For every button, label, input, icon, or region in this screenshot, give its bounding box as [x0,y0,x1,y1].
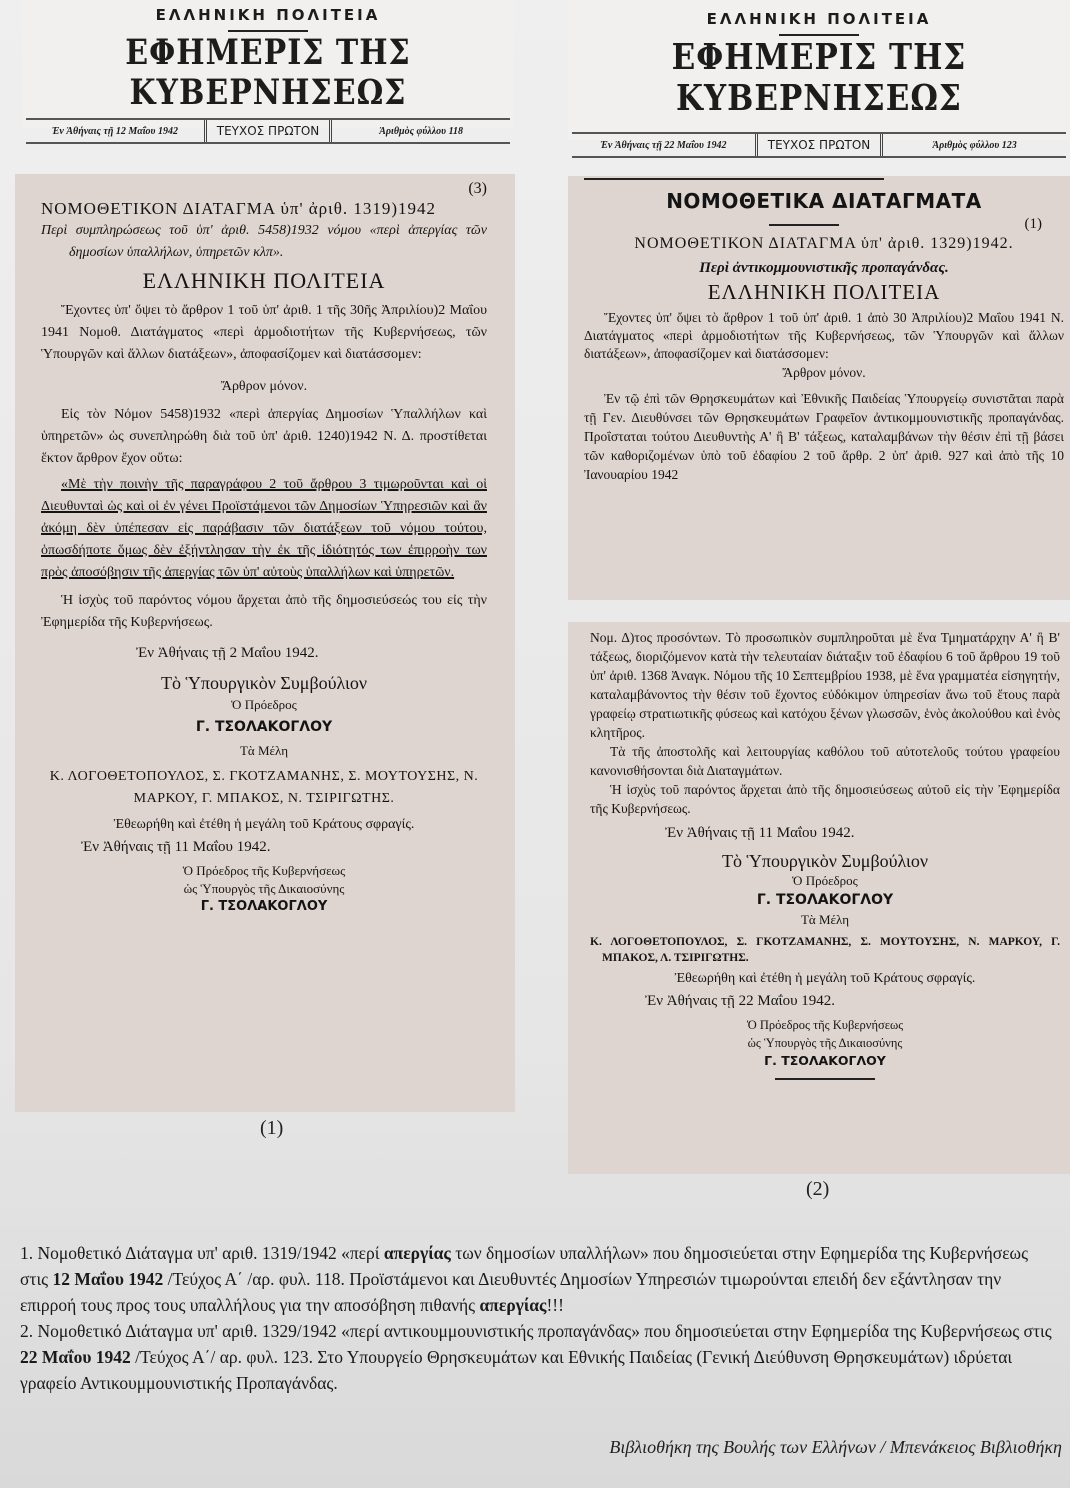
decree-date-1: Ἐν Ἀθήναις τῇ 2 Μαΐου 1942. [41,642,487,664]
decree-body-1: Εἰς τὸν Νόμον 5458)1932 «περὶ ἀπεργίας Δ… [41,404,487,470]
masthead-sheet: Ἀριθμὸς φύλλου 118 [332,126,510,137]
decree-body-3: Τὰ τῆς ἀποστολῆς καὶ λειτουργίας καθόλου… [590,742,1060,780]
section-title: ΝΟΜΟΘΕΤΙΚΑ ΔΙΑΤΑΓΜΑΤΑ [584,186,1064,216]
article-label: Ἄρθρον μόνον. [41,376,487,398]
signature-line-1: Ὁ Πρόεδρος τῆς Κυβερνήσεως [590,1016,1060,1034]
source-credit: Βιβλιοθήκη της Βουλής των Ελλήνων / Μπεν… [609,1437,1062,1458]
decree-number-mark: (1) [1025,216,1043,233]
end-rule [775,1078,875,1080]
top-rule [584,178,884,180]
masthead-date: Ἐν Ἀθήναις τῇ 22 Μαΐου 1942 [572,140,755,151]
council-label: Τὸ Ὑπουργικὸν Συμβούλιον [590,850,1060,872]
members-list: Κ. ΛΟΓΟΘΕΤΟΠΟΥΛΟΣ, Σ. ΓΚΟΤΖΑΜΑΝΗΣ, Σ. ΜΟ… [41,766,487,810]
caption-item-2: 2. Νομοθετικό Διάταγμα υπ' αριθ. 1329/19… [20,1318,1060,1396]
seal-statement: Ἐθεωρήθη καὶ ἐτέθη ἡ μεγάλη τοῦ Κράτους … [41,814,487,836]
president-label: Ὁ Πρόεδρος [41,694,487,716]
decree-preamble: Ἔχοντες ὑπ' ὄψει τὸ ἄρθρον 1 τοῦ ὑπ' ἀρι… [584,309,1064,363]
signature-name: Γ. ΤΣΟΛΑΚΟΓΛΟΥ [41,898,487,916]
article-label: Ἄρθρον μόνον. [584,363,1064,383]
decree-date-1: Ἐν Ἀθήναις τῇ 11 Μαΐου 1942. [590,822,1060,844]
state-heading: ΕΛΛΗΝΙΚΗ ΠΟΛΙΤΕΙΑ [41,270,487,292]
members-label: Τὰ Μέλη [590,910,1060,930]
president-label: Ὁ Πρόεδρος [590,872,1060,890]
president-name: Γ. ΤΣΟΛΑΚΟΓΛΟΥ [41,716,487,738]
decree-body-2: Νομ. Δ)τος προσόντων. Τὸ προσωπικὸν συμπ… [590,628,1060,742]
decree-heading: ΝΟΜΟΘΕΤΙΚΟΝ ΔΙΑΤΑΓΜΑ ὑπ' ἀριθ. 1319)1942 [41,198,487,220]
gazette-masthead-123: ΕΛΛΗΝΙΚΗ ΠΟΛΙΤΕΙΑ ΕΦΗΜΕΡΙΣ ΤΗΣ ΚΥΒΕΡΝΗΣΕ… [568,0,1070,140]
gazette-masthead-118: ΕΛΛΗΝΙΚΗ ΠΟΛΙΤΕΙΑ ΕΦΗΜΕΡΙΣ ΤΗΣ ΚΥΒΕΡΝΗΣΕ… [22,0,514,128]
figure-label-1: (1) [260,1117,283,1140]
decree-date-2: Ἐν Ἀθήναις τῇ 22 Μαΐου 1942. [590,990,1060,1012]
masthead-info-bar: Ἐν Ἀθήναις τῇ 12 Μαΐου 1942 ΤΕΥΧΟΣ ΠΡΩΤΟ… [26,118,510,144]
masthead-state: ΕΛΛΗΝΙΚΗ ΠΟΛΙΤΕΙΑ [22,0,514,24]
signature-name: Γ. ΤΣΟΛΑΚΟΓΛΟΥ [590,1052,1060,1070]
figure-label-2: (2) [806,1178,829,1201]
signature-line-2: ὡς Ὑπουργὸς τῆς Δικαιοσύνης [590,1034,1060,1052]
decree-number-mark: (3) [41,180,487,198]
decree-subject: Περὶ ἀντικομμουνιστικῆς προπαγάνδας. [584,257,1064,279]
decree-1329-clipping-part-1: ΝΟΜΟΘΕΤΙΚΑ ΔΙΑΤΑΓΜΑΤΑ (1) ΝΟΜΟΘΕΤΙΚΟΝ ΔΙ… [568,176,1070,600]
caption-block: 1. Νομοθετικό Διάταγμα υπ' αριθ. 1319/19… [20,1240,1060,1396]
decree-preamble: Ἔχοντες ὑπ' ὄψει τὸ ἄρθρον 1 τοῦ ὑπ' ἀρι… [41,300,487,366]
signature-line-2: ὡς Ὑπουργὸς τῆς Δικαιοσύνης [41,880,487,898]
signature-line-1: Ὁ Πρόεδρος τῆς Κυβερνήσεως [41,862,487,880]
members-label: Τὰ Μέλη [41,740,487,762]
decree-date-2: Ἐν Ἀθήναις τῇ 11 Μαΐου 1942. [41,836,487,858]
decree-heading: ΝΟΜΟΘΕΤΙΚΟΝ ΔΙΑΤΑΓΜΑ ὑπ' ἀριθ. 1329)1942… [584,233,1064,255]
masthead-info-bar: Ἐν Ἀθήναις τῇ 22 Μαΐου 1942 ΤΕΥΧΟΣ ΠΡΩΤΟ… [572,132,1066,158]
members-list: Κ. ΛΟΓΟΘΕΤΟΠΟΥΛΟΣ, Σ. ΓΚΟΤΖΑΜΑΝΗΣ, Σ. ΜΟ… [590,934,1060,966]
decree-body-2-underlined: «Μὲ τὴν ποινὴν τῆς παραγράφου 2 τοῦ ἄρθρ… [41,474,487,584]
masthead-state: ΕΛΛΗΝΙΚΗ ΠΟΛΙΤΕΙΑ [568,0,1070,28]
masthead-title: ΕΦΗΜΕΡΙΣ ΤΗΣ ΚΥΒΕΡΝΗΣΕΩΣ [22,33,514,114]
masthead-date: Ἐν Ἀθήναις τῇ 12 Μαΐου 1942 [26,126,204,137]
masthead-sheet: Ἀριθμὸς φύλλου 123 [883,140,1066,151]
decree-1319-clipping: (3) ΝΟΜΟΘΕΤΙΚΟΝ ΔΙΑΤΑΓΜΑ ὑπ' ἀριθ. 1319)… [15,174,515,1112]
president-name: Γ. ΤΣΟΛΑΚΟΓΛΟΥ [590,890,1060,910]
masthead-issue: ΤΕΥΧΟΣ ΠΡΩΤΟΝ [755,134,884,156]
masthead-rule [228,30,308,32]
decree-1329-clipping-part-2: Νομ. Δ)τος προσόντων. Τὸ προσωπικὸν συμπ… [568,622,1070,1174]
council-label: Τὸ Ὑπουργικὸν Συμβούλιον [41,672,487,694]
decree-body-1: Ἐν τῷ ἐπὶ τῶν Θρησκευμάτων καὶ Ἐθνικῆς Π… [584,389,1064,484]
seal-statement: Ἐθεωρήθη καὶ ἐτέθη ἡ μεγάλη τοῦ Κράτους … [590,968,1060,990]
decree-validity: Ἡ ἰσχὺς τοῦ παρόντος ἄρχεται ἀπὸ τῆς δημ… [590,780,1060,818]
state-heading: ΕΛΛΗΝΙΚΗ ΠΟΛΙΤΕΙΑ [584,281,1064,303]
decree-subject: Περὶ συμπληρώσεως τοῦ ὑπ' ἀριθ. 5458)193… [41,220,487,264]
decree-validity: Ἡ ἰσχὺς τοῦ παρόντος νόμου ἄρχεται ἀπὸ τ… [41,590,487,634]
section-rule [769,224,839,226]
caption-item-1: 1. Νομοθετικό Διάταγμα υπ' αριθ. 1319/19… [20,1240,1060,1318]
masthead-title: ΕΦΗΜΕΡΙΣ ΤΗΣ ΚΥΒΕΡΝΗΣΕΩΣ [568,37,1070,120]
masthead-issue: ΤΕΥΧΟΣ ΠΡΩΤΟΝ [204,120,333,142]
